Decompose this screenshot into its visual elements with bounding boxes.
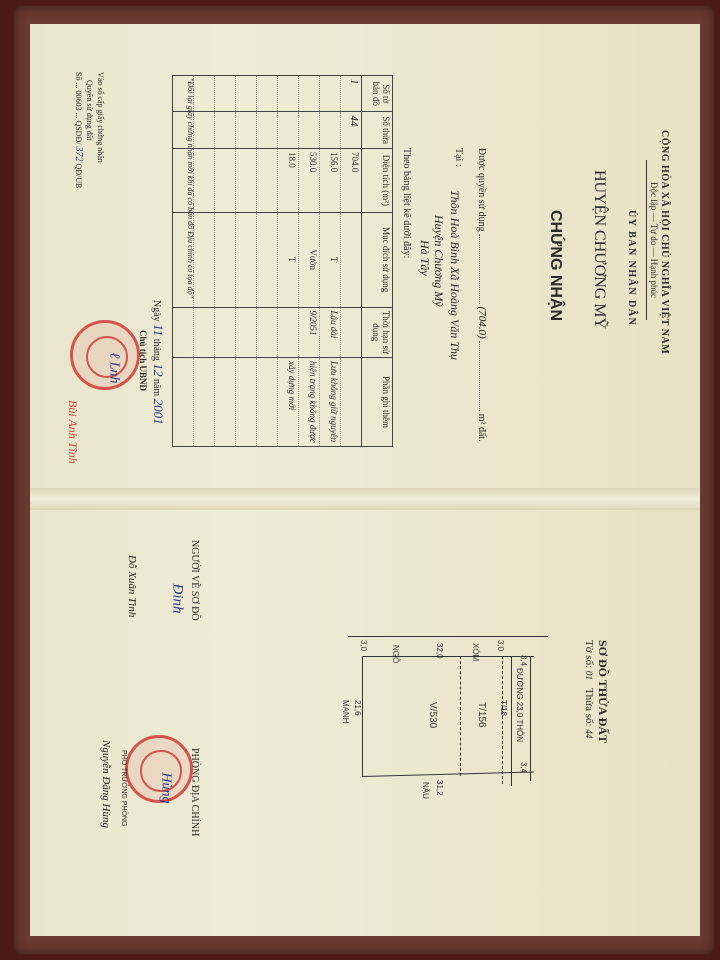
district: HUYỆN CHƯƠNG MỸ	[590, 170, 608, 329]
offset-2: 3,4	[519, 762, 528, 773]
date-line: Ngày 11 tháng 12 năm 2001	[150, 300, 166, 425]
table-footnote: "Đổi lại giấy chứng nhận mới khi đã có b…	[186, 78, 195, 298]
side-length-left: 32,0	[435, 643, 444, 659]
col-header-parcel: Số thửa	[362, 112, 393, 149]
neighbor-bottom: MẠNH	[341, 700, 350, 724]
list-intro: Theo bảng liệt kê dưới đây:	[401, 148, 412, 258]
t-area-label: T/156	[476, 702, 487, 728]
deputy-title: PHÓ TRƯỞNG PHÒNG	[120, 750, 127, 826]
signer-name: Bùi Anh Tĩnh	[65, 400, 80, 464]
table-row: 1 44 704.0	[341, 76, 362, 447]
col-header-term: Thời hạn sử dụng	[362, 307, 393, 358]
national-header-block: CỘNG HÒA XÃ HỘI CHỦ NGHĨA VIỆT NAM Độc l…	[646, 130, 670, 354]
offset-1: 3,4	[519, 655, 528, 666]
col-header-sheet: Số tờ bản đồ	[362, 76, 393, 112]
lane-width-2: 3,0	[359, 640, 368, 651]
page-title: CHỨNG NHẬN	[546, 210, 564, 321]
table-row: 530.0 Vườn 9/2051 hiện trạng không được	[299, 76, 320, 447]
side-length-right: 31,2	[435, 780, 444, 796]
location-line-3: Hà Tây	[417, 240, 432, 276]
side-length-bottom: 21,6	[353, 700, 362, 716]
map-sheet-parcel: Tờ số: 01 Thửa số: 44	[583, 640, 595, 738]
lane-ngo: NGÕ	[391, 645, 400, 663]
area-value: (704.0)	[476, 307, 488, 339]
location-label: Tại :	[453, 148, 464, 167]
lane-width-1: 3,0	[496, 640, 505, 651]
location-line-2: Huyện Chương Mỹ	[431, 215, 446, 307]
t18-label: T/18	[499, 700, 508, 716]
road-label: ĐƯỜNG 23,0 THÔN	[515, 668, 524, 742]
committee: ỦY BAN NHÂN DÂN	[626, 210, 637, 326]
neighbor-right: NẬU	[421, 782, 430, 799]
land-office-name: Nguyễn Đăng Hùng	[100, 740, 112, 828]
land-office-signature: Hùng	[158, 772, 174, 803]
col-header-notes: Phần ghi thêm	[362, 358, 393, 447]
chairman-signature: ℓ Lnh	[106, 352, 122, 383]
col-header-purpose: Mục đích sử dụng	[362, 212, 393, 307]
location-line-1: Thôn Hoà Bình Xã Hoàng Văn Thụ	[447, 190, 462, 360]
center-fold	[30, 488, 700, 510]
motto: Độc lập — Tự do — Hạnh phúc	[646, 160, 659, 320]
lane-xom: XÓM	[471, 643, 480, 661]
drafter-name: Đỗ Xuân Tình	[126, 555, 138, 617]
col-header-area: Diện tích (m²)	[362, 149, 393, 213]
national-header: CỘNG HÒA XÃ HỘI CHỦ NGHĨA VIỆT NAM	[659, 130, 670, 354]
drafter-signature: Đinh	[169, 584, 186, 614]
map-title: SƠ ĐỒ THỬA ĐẤT	[595, 640, 610, 743]
v-area-label: V/530	[427, 702, 438, 728]
drafter-label: NGƯỜI VẼ SƠ ĐỒ	[189, 540, 200, 621]
table-row: 18.0 T xây dựng mới	[278, 76, 299, 447]
table-row: 156.0 T Lâu dài Lưu không giữ nguyên	[320, 76, 341, 447]
register-block: Vào sổ cấp giấy chứng nhận Quyền sử dụng…	[73, 72, 106, 188]
land-table: Số tờ bản đồ Số thửa Diện tích (m²) Mục …	[172, 75, 393, 447]
right-of-use-line: Được quyền sử dụng (704.0) m² đất.	[476, 148, 488, 442]
